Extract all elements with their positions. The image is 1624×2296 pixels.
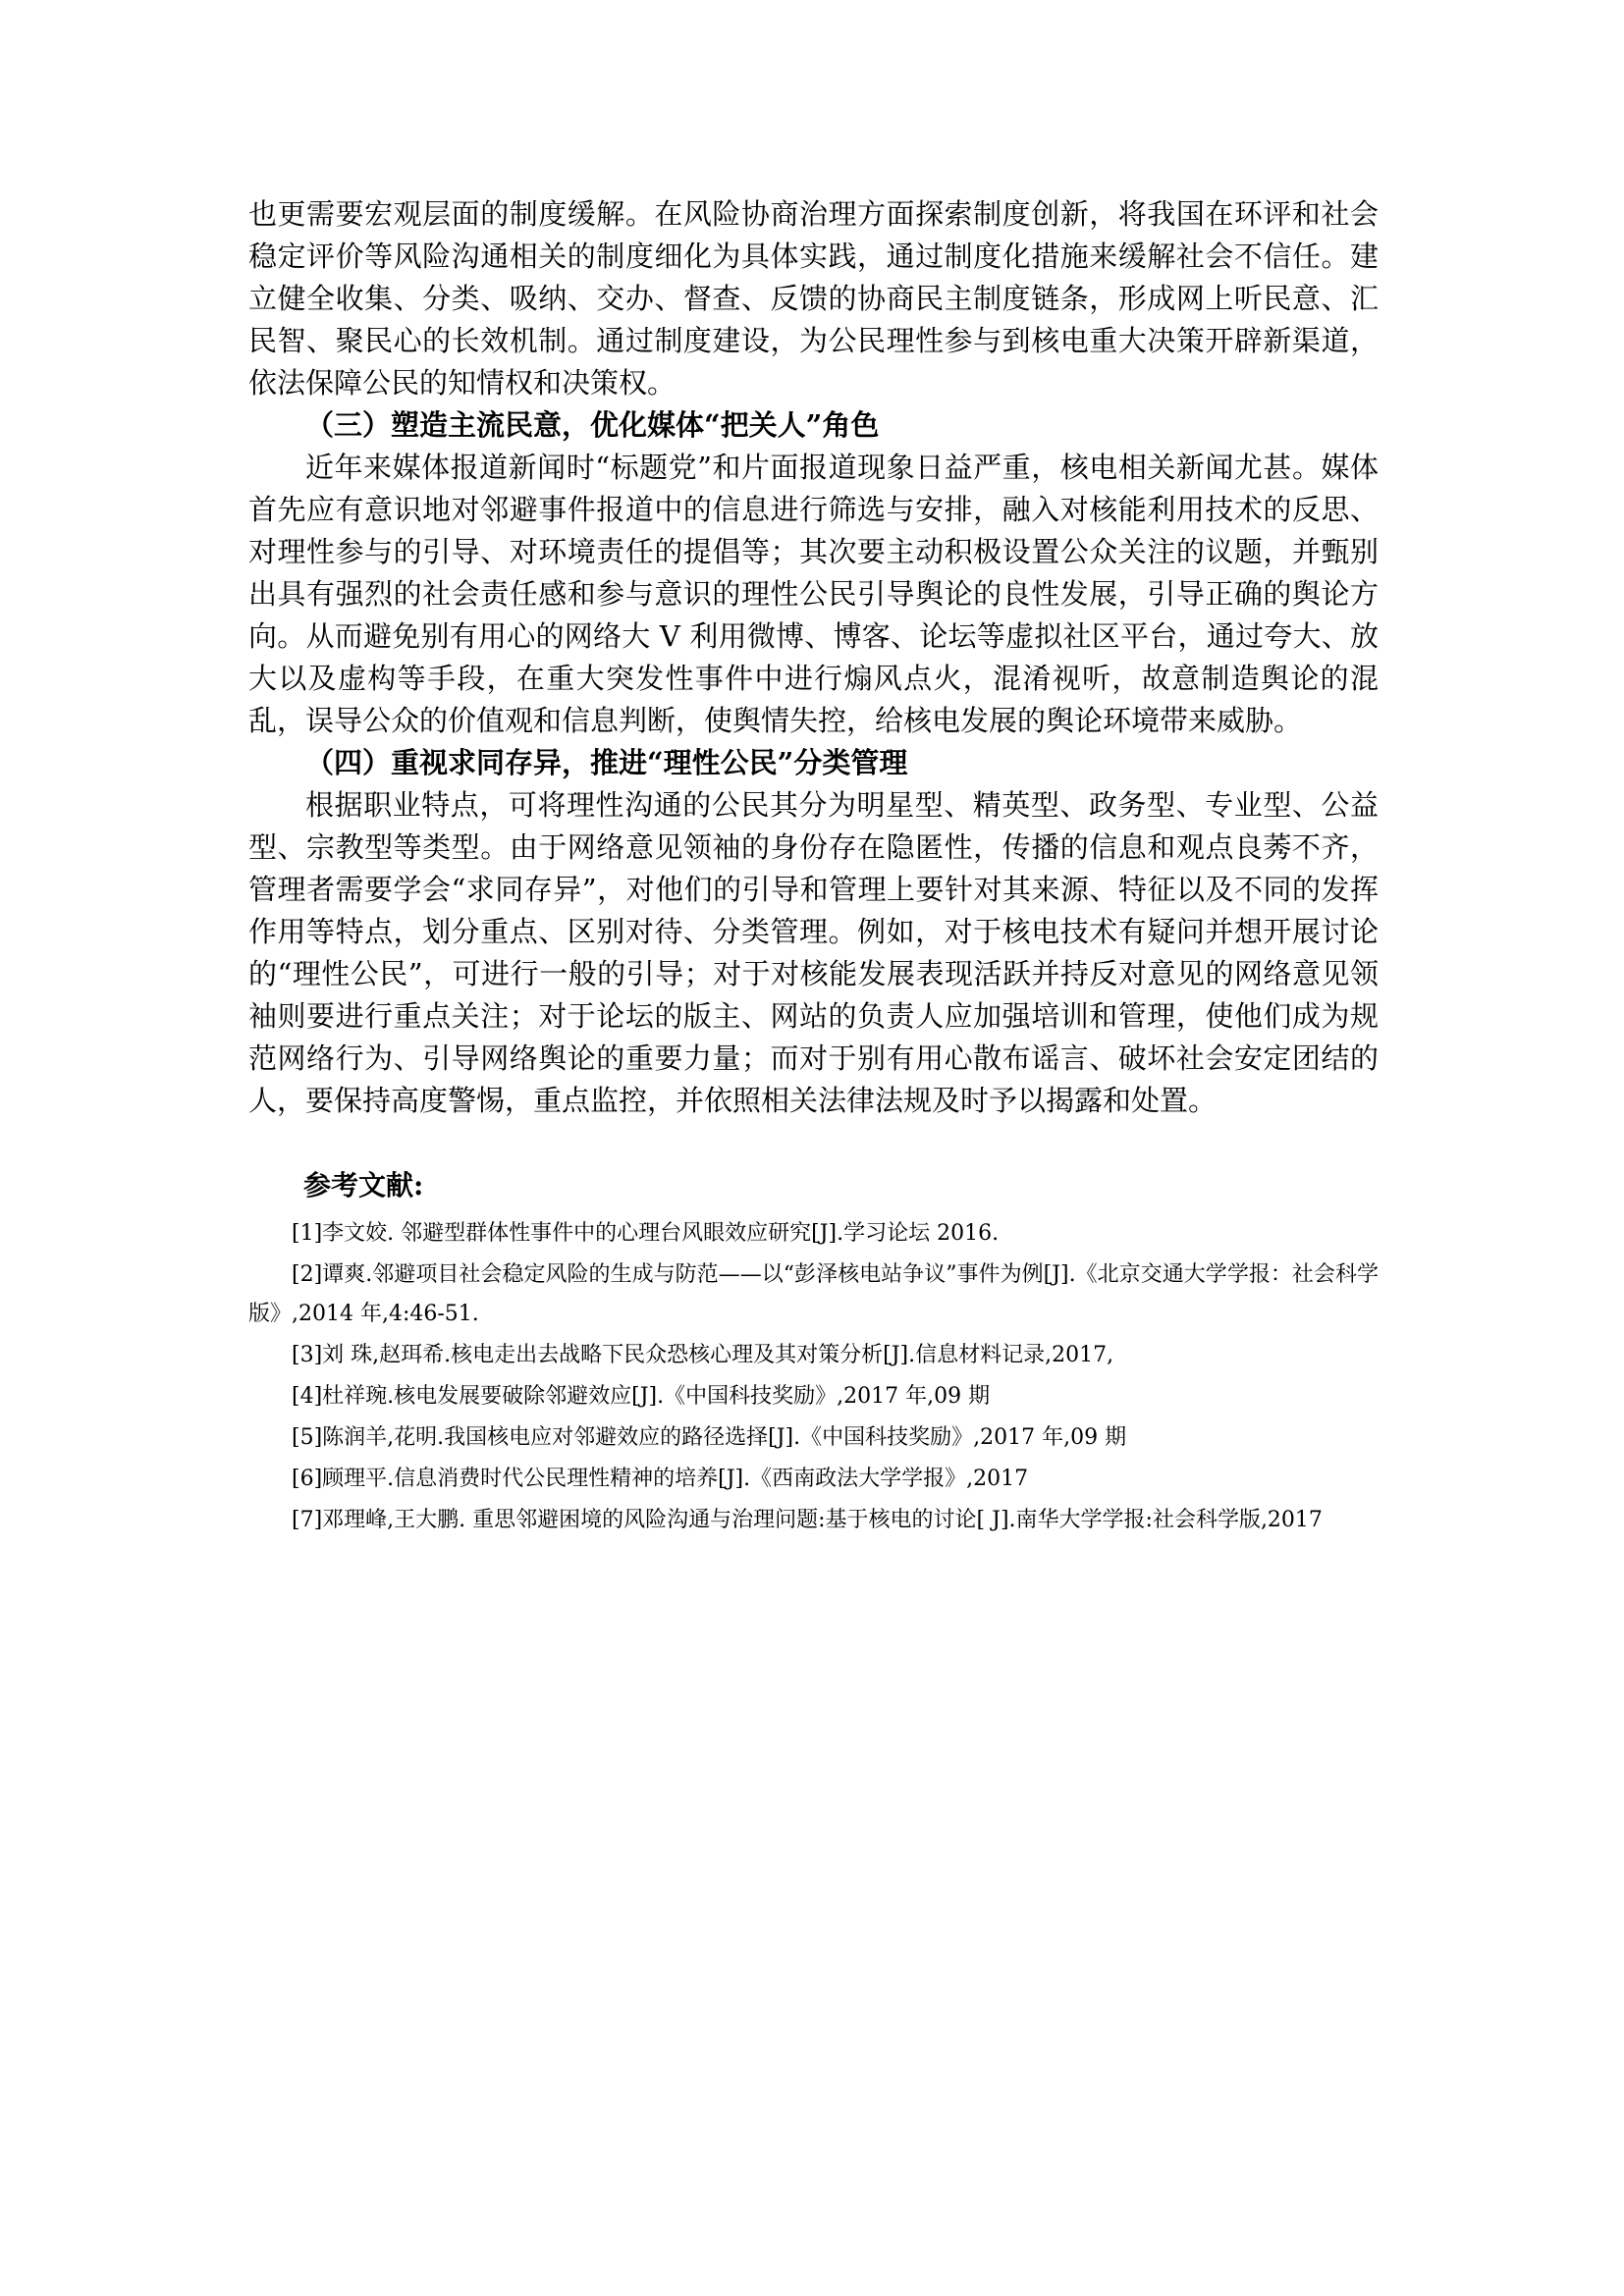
reference-item: [5]陈润羊,花明.我国核电应对邻避效应的路径选择[J].《中国科技奖励》,20…	[248, 1418, 1379, 1458]
reference-item: [6]顾理平.信息消费时代公民理性精神的培养[J].《西南政法大学学报》,201…	[248, 1460, 1379, 1499]
section4-paragraph: 根据职业特点，可将理性沟通的公民其分为明星型、精英型、政务型、专业型、公益型、宗…	[248, 784, 1379, 1122]
section4-heading: （四）重视求同存异，推进“理性公民”分类管理	[248, 742, 1379, 784]
reference-item: [2]谭爽.邻避项目社会稳定风险的生成与防范——以“彭泽核电站争议”事件为例[J…	[248, 1255, 1379, 1334]
document-content: 也更需要宏观层面的制度缓解。在风险协商治理方面探索制度创新，将我国在环评和社会稳…	[0, 0, 1624, 1540]
references-title: 参考文献:	[248, 1164, 1379, 1206]
reference-item: [7]邓理峰,王大鹏. 重思邻避困境的风险沟通与治理问题:基于核电的讨论[ J]…	[248, 1501, 1379, 1540]
reference-item: [1]李文姣. 邻避型群体性事件中的心理台风眼效应研究[J].学习论坛 2016…	[248, 1214, 1379, 1254]
section3-paragraph: 近年来媒体报道新闻时“标题党”和片面报道现象日益严重，核电相关新闻尤甚。媒体首先…	[248, 447, 1379, 742]
intro-paragraph: 也更需要宏观层面的制度缓解。在风险协商治理方面探索制度创新，将我国在环评和社会稳…	[248, 193, 1379, 404]
reference-item: [3]刘 珠,赵珥希.核电走出去战略下民众恐核心理及其对策分析[J].信息材料记…	[248, 1336, 1379, 1375]
section3-heading: （三）塑造主流民意，优化媒体“把关人”角色	[248, 404, 1379, 447]
document-page: 也更需要宏观层面的制度缓解。在风险协商治理方面探索制度创新，将我国在环评和社会稳…	[0, 0, 1624, 2296]
reference-item: [4]杜祥琬.核电发展要破除邻避效应[J].《中国科技奖励》,2017 年,09…	[248, 1377, 1379, 1416]
